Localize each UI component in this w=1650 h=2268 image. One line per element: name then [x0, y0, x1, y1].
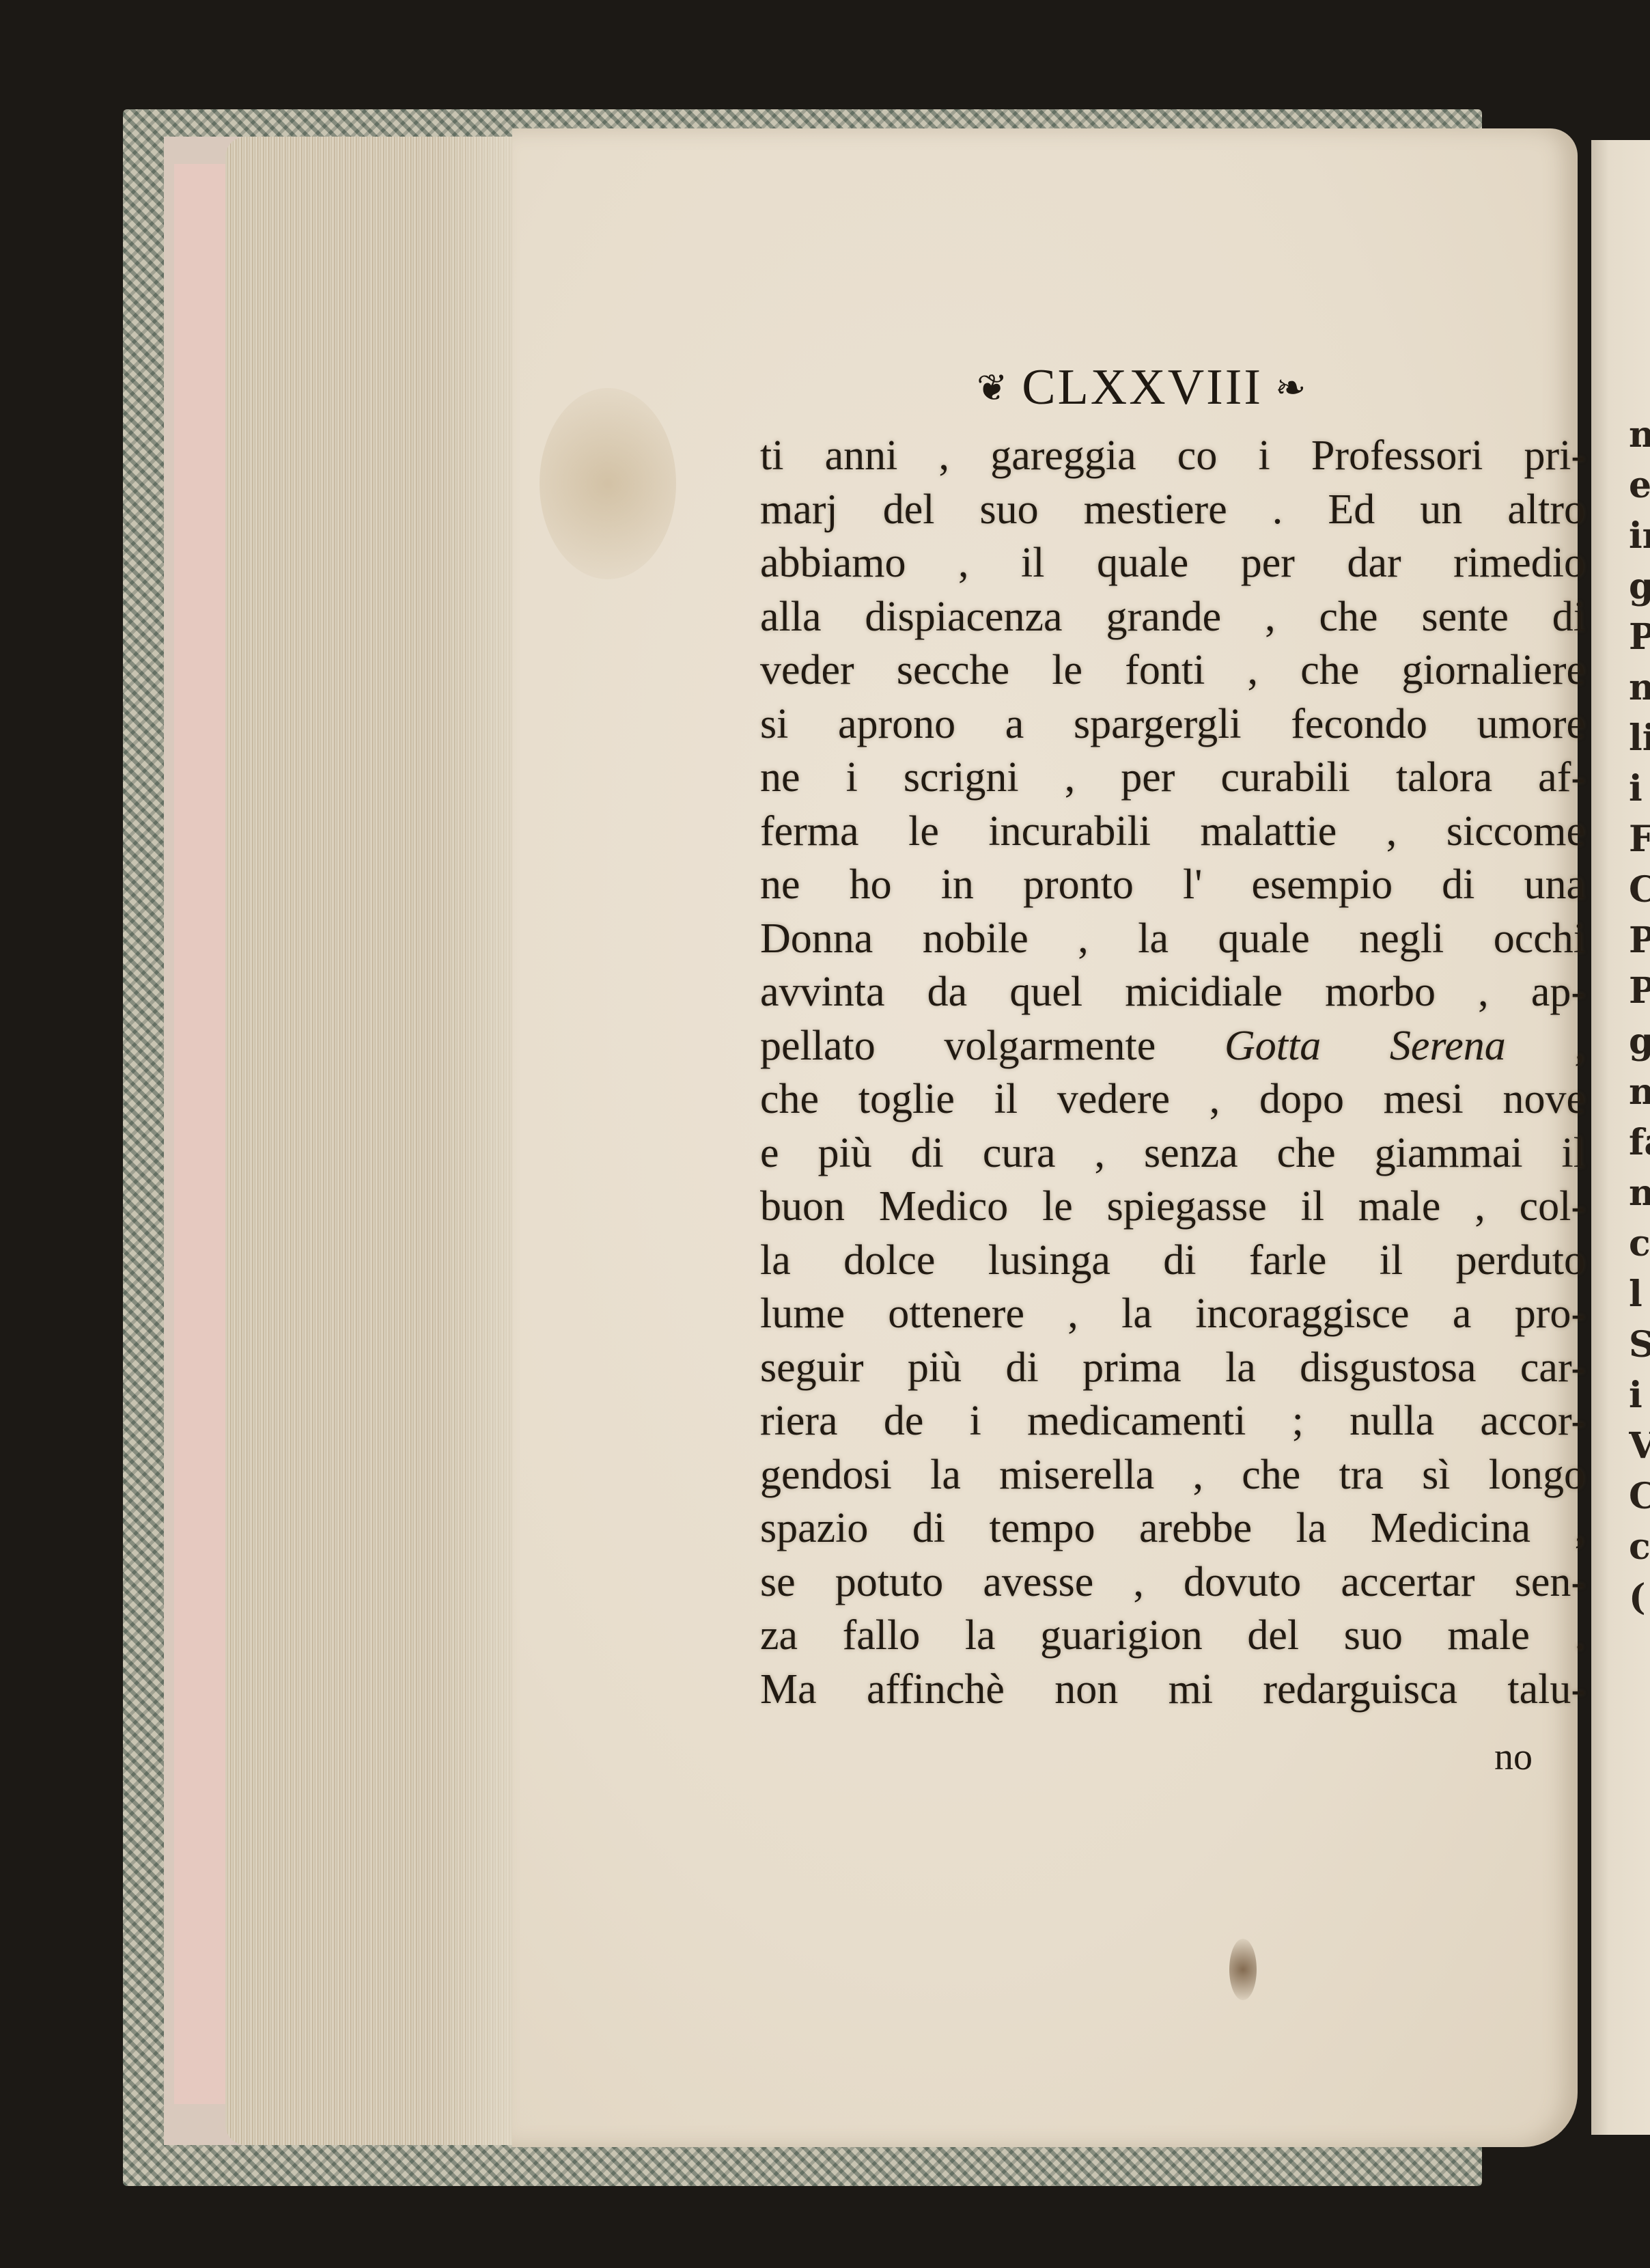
text-line: lume ottenere , la incoraggisce a pro-	[760, 1287, 1585, 1341]
text-line: avvinta da quel micidiale morbo , ap-	[760, 965, 1585, 1019]
next-page-text-fragment: n e ir g P n li i F C P P g n fa n c l S…	[1629, 410, 1650, 1623]
fragment-letter: n	[1629, 1168, 1650, 1219]
text-line: e più di cura , senza che giammai il	[760, 1126, 1585, 1180]
fragment-letter: P	[1629, 612, 1650, 663]
text-line: riera de i medicamenti ; nulla accor-	[760, 1394, 1585, 1448]
text-line: ferma le incurabili malattie , siccome	[760, 805, 1585, 859]
fragment-letter: C	[1629, 1471, 1650, 1522]
fragment-letter: S	[1629, 1320, 1650, 1370]
text-line: si aprono a spargergli fecondo umore	[760, 697, 1585, 751]
fleuron-ornament-icon: ❦	[977, 366, 1009, 409]
running-head: ❦ CLXXVIII ❧	[977, 359, 1455, 417]
text-line: spazio di tempo arebbe la Medicina ,	[760, 1502, 1585, 1555]
fragment-letter: n	[1629, 663, 1650, 713]
catchword: no	[1494, 1735, 1533, 1779]
fragment-letter: P	[1629, 915, 1650, 966]
fragment-letter: (	[1629, 1573, 1650, 1623]
text-line: alla dispiacenza grande , che sente di	[760, 590, 1585, 644]
fragment-letter: c	[1629, 1219, 1650, 1269]
fragment-letter: fa	[1629, 1118, 1650, 1168]
text-line: ti anni , gareggia co i Professori pri-	[760, 429, 1585, 483]
fragment-letter: i	[1629, 764, 1650, 814]
text-line: abbiamo , il quale per dar rimedio	[760, 536, 1585, 590]
text-line: seguir più di prima la disgustosa car-	[760, 1341, 1585, 1395]
fragment-letter: l	[1629, 1269, 1650, 1320]
page-number: CLXXVIII	[1022, 359, 1263, 417]
text-line: se potuto avesse , dovuto accertar sen-	[760, 1555, 1585, 1609]
fragment-letter: ir	[1629, 511, 1650, 562]
text-line: Ma affinchè non mi redarguisca talu-	[760, 1663, 1585, 1717]
paper-stain	[1229, 1939, 1257, 2000]
text-segment: pellato volgarmente	[760, 1023, 1156, 1069]
fleuron-ornament-icon: ❧	[1275, 366, 1308, 409]
text-line: za fallo la guarigion del suo male .	[760, 1609, 1585, 1663]
text-line: marj del suo mestiere . Ed un altro	[760, 483, 1585, 537]
fragment-letter: c	[1629, 1522, 1650, 1573]
fragment-letter: P	[1629, 966, 1650, 1017]
body-text: ti anni , gareggia co i Professori pri- …	[760, 429, 1585, 1716]
fragment-letter: n	[1629, 410, 1650, 460]
paper-stain	[540, 388, 676, 579]
text-line: la dolce lusinga di farle il perduto	[760, 1234, 1585, 1288]
fragment-letter: li	[1629, 713, 1650, 764]
text-line: ne ho in pronto l' esempio di una	[760, 858, 1585, 912]
fragment-letter: F	[1629, 814, 1650, 865]
text-line: ne i scrigni , per curabili talora af-	[760, 751, 1585, 805]
text-line-with-italic: pellato volgarmente Gotta Serena ,	[760, 1019, 1585, 1073]
text-line: gendosi la miserella , che tra sì longo	[760, 1448, 1585, 1502]
fragment-letter: i	[1629, 1370, 1650, 1421]
text-line: veder secche le fonti , che giornaliere	[760, 644, 1585, 697]
fragment-letter: V	[1629, 1421, 1650, 1471]
fragment-letter: g	[1629, 1017, 1650, 1067]
fragment-letter: n	[1629, 1067, 1650, 1118]
text-line: Donna nobile , la quale negli occhi	[760, 912, 1585, 966]
page-stack-fade	[437, 137, 512, 2145]
fragment-letter: g	[1629, 562, 1650, 612]
fragment-letter: C	[1629, 865, 1650, 915]
fragment-letter: e	[1629, 460, 1650, 511]
text-line: che toglie il vedere , dopo mesi nove	[760, 1073, 1585, 1126]
text-line: buon Medico le spiegasse il male , col-	[760, 1180, 1585, 1234]
italic-term: Gotta Serena ,	[1225, 1023, 1585, 1069]
